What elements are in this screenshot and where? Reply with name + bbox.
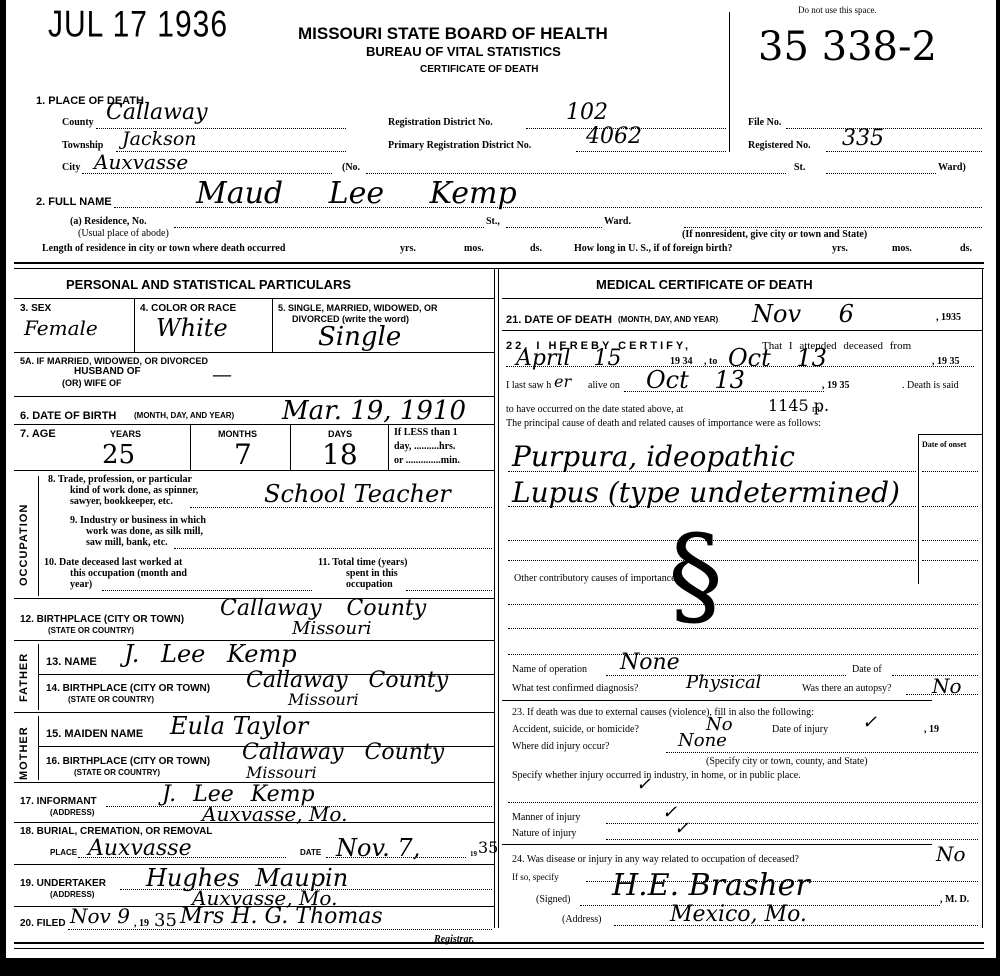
- specify-location-value: ✓: [636, 774, 651, 795]
- dod-label: 21. DATE OF DEATH: [506, 314, 612, 326]
- street-no-label: (No.: [342, 162, 360, 173]
- operation-date-label: Date of: [852, 664, 882, 675]
- filed-year-value: 35: [154, 910, 177, 931]
- residence-st-label: St.,: [486, 216, 500, 227]
- burial-year-value: 35: [478, 838, 498, 857]
- birthplace-state-value: Missouri: [292, 618, 371, 639]
- full-name-label: 2. FULL NAME: [36, 196, 112, 208]
- accident-label: Accident, suicide, or homicide?: [512, 724, 639, 735]
- city-value: Auxvasse: [94, 150, 188, 174]
- nonresident-note: (If nonresident, give city or town and S…: [682, 229, 867, 240]
- hrs-label: day, ..........hrs.: [394, 441, 455, 452]
- years-label: YEARS: [110, 429, 141, 439]
- header-subtitle: BUREAU OF VITAL STATISTICS: [366, 44, 561, 59]
- father-birthplace-sub: (STATE OR COUNTRY): [68, 695, 154, 704]
- where-injury-value: None: [678, 730, 727, 751]
- attended-to-year: , 19 35: [932, 356, 960, 367]
- death-said-label: . Death is said: [902, 380, 959, 391]
- last-worked-label-2: this occupation (month and: [70, 568, 187, 579]
- dod-year: , 1935: [936, 312, 961, 323]
- if-so-specify-label: If so, specify: [512, 872, 559, 882]
- undertaker-sub: (ADDRESS): [50, 890, 94, 899]
- occupation-side-label: OCCUPATION: [18, 504, 30, 586]
- residence-label: (a) Residence, No.: [70, 216, 147, 227]
- burial-place-label: PLACE: [50, 848, 77, 857]
- race-value: White: [156, 314, 228, 342]
- nature-value: ✓: [674, 818, 689, 839]
- burial-date-label: DATE: [300, 848, 321, 857]
- mother-birthplace-label: 16. BIRTHPLACE (CITY OR TOWN): [46, 756, 210, 767]
- where-injury-label: Where did injury occur?: [512, 741, 609, 752]
- other-causes-label: Other contributory causes of importance:: [514, 573, 678, 584]
- principal-cause-label: The principal cause of death and related…: [506, 418, 821, 429]
- county-label: County: [62, 117, 94, 128]
- filed-label: 20. FILED: [20, 918, 66, 929]
- maiden-name-value: Eula Taylor: [170, 712, 308, 740]
- spouse-label-1: 5A. IF MARRIED, WIDOWED, OR DIVORCED: [20, 356, 208, 366]
- dod-sub: (MONTH, DAY, AND YEAR): [618, 315, 718, 324]
- spouse-value: —: [212, 362, 232, 386]
- reg-district-label: Registration District No.: [388, 117, 493, 128]
- sex-value: Female: [24, 316, 98, 340]
- months-value: 7: [234, 438, 252, 471]
- occupation-related-label: 24. Was disease or injury in any way rel…: [512, 854, 799, 865]
- trade-label-3: sawyer, bookkeeper, etc.: [70, 496, 173, 507]
- attended-from-value: April 15: [516, 346, 622, 371]
- registered-no-label: Registered No.: [748, 140, 811, 151]
- test-label: What test confirmed diagnosis?: [512, 683, 638, 694]
- full-name-value: Maud Lee Kemp: [196, 176, 517, 211]
- residence-ward-label: Ward.: [604, 216, 631, 227]
- primary-reg-value: 4062: [586, 124, 642, 149]
- mother-birthplace-sub: (STATE OR COUNTRY): [74, 768, 160, 777]
- spouse-label-3: (OR) WIFE OF: [62, 378, 122, 388]
- dob-label: 6. DATE OF BIRTH: [20, 410, 116, 422]
- trade-value: School Teacher: [264, 480, 451, 508]
- mother-birthplace-city-value: Callaway County: [242, 740, 444, 765]
- burial-year-prefix: 19: [470, 850, 477, 858]
- office-box-divider: [729, 12, 730, 152]
- street-label: St.: [794, 162, 805, 173]
- total-time-label-2: spent in this: [346, 568, 398, 579]
- yrs-label: yrs.: [400, 243, 416, 254]
- mos-label-2: mos.: [892, 243, 912, 254]
- dod-value: Nov 6: [752, 300, 854, 328]
- undertaker-label: 19. UNDERTAKER: [20, 878, 106, 889]
- less-than-day-label: If LESS than 1: [394, 427, 458, 438]
- last-saw-pronoun: er: [554, 372, 571, 391]
- autopsy-value: No: [932, 674, 962, 698]
- occupation-related-value: No: [936, 842, 966, 866]
- county-value: Callaway: [106, 100, 208, 125]
- physician-address-value: Mexico, Mo.: [670, 902, 807, 927]
- father-name-value: J. Lee Kemp: [124, 640, 297, 668]
- last-saw-date-value: Oct 13: [646, 366, 745, 394]
- city-label: City: [62, 162, 80, 173]
- header-form-name: CERTIFICATE OF DEATH: [420, 64, 539, 75]
- ward-label: Ward): [938, 162, 966, 173]
- external-causes-label: 23. If death was due to external causes …: [512, 707, 814, 718]
- burial-place-value: Auxvasse: [88, 836, 192, 861]
- manner-label: Manner of injury: [512, 812, 580, 823]
- operation-value: None: [620, 650, 680, 675]
- medical-section-title: MEDICAL CERTIFICATE OF DEATH: [596, 277, 813, 292]
- trade-label-1: 8. Trade, profession, or particular: [48, 474, 192, 485]
- cause-2-value: Lupus (type undetermined): [512, 476, 900, 509]
- operation-label: Name of operation: [512, 664, 587, 675]
- date-injury-year: , 19: [924, 724, 939, 735]
- father-name-label: 13. NAME: [46, 656, 97, 668]
- nature-label: Nature of injury: [512, 828, 576, 839]
- received-stamp-date: JUL 17 1936: [48, 4, 228, 47]
- signed-label: (Signed): [536, 894, 570, 905]
- spouse-label-2: HUSBAND OF: [74, 366, 141, 377]
- total-time-label-1: 11. Total time (years): [318, 557, 407, 568]
- last-worked-label-3: year): [70, 579, 92, 590]
- date-injury-label: Date of injury: [772, 724, 828, 735]
- personal-section-title: PERSONAL AND STATISTICAL PARTICULARS: [66, 277, 351, 292]
- last-saw-year: , 19 35: [822, 380, 850, 391]
- registered-no-value: 335: [842, 126, 884, 151]
- foreign-birth-label: How long in U. S., if of foreign birth?: [574, 243, 732, 254]
- race-label: 4. COLOR OR RACE: [140, 303, 236, 314]
- father-birthplace-state-value: Missouri: [288, 690, 359, 709]
- death-certificate: JUL 17 1936 MISSOURI STATE BOARD OF HEAL…: [6, 0, 996, 958]
- ds-label-2: ds.: [960, 243, 972, 254]
- cause-1-value: Purpura, ideopathic: [512, 440, 795, 473]
- industry-label-2: work was done, as silk mill,: [86, 526, 203, 537]
- maiden-name-label: 15. MAIDEN NAME: [46, 728, 143, 740]
- where-injury-note: (Specify city or town, county, and State…: [706, 756, 868, 767]
- office-number: 35 338-2: [758, 24, 937, 70]
- test-value: Physical: [686, 672, 761, 693]
- birthplace-label: 12. BIRTHPLACE (CITY OR TOWN): [20, 614, 184, 625]
- informant-label: 17. INFORMANT: [20, 796, 97, 807]
- burial-date-value: Nov. 7,: [336, 834, 420, 862]
- last-saw-label: I last saw h: [506, 380, 551, 391]
- filed-date-value: Nov 9: [70, 904, 130, 928]
- last-worked-label-1: 10. Date deceased last worked at: [44, 557, 182, 568]
- primary-reg-label: Primary Registration District No.: [388, 140, 531, 151]
- dob-sub: (MONTH, DAY, AND YEAR): [134, 411, 234, 420]
- yrs-label-2: yrs.: [832, 243, 848, 254]
- filed-year-prefix: , 19: [134, 918, 149, 929]
- total-time-label-3: occupation: [346, 579, 393, 590]
- industry-label-3: saw mill, bank, etc.: [86, 537, 168, 548]
- md-label: , M. D.: [940, 894, 969, 905]
- township-value: Jackson: [122, 128, 197, 150]
- marital-value: Single: [318, 322, 401, 352]
- marital-label-1: 5. SINGLE, MARRIED, WIDOWED, OR: [278, 303, 438, 313]
- date-of-onset-label: Date of onset: [922, 440, 966, 449]
- mos-label: mos.: [464, 243, 484, 254]
- length-of-residence-label: Length of residence in city or town wher…: [42, 243, 285, 254]
- autopsy-label: Was there an autopsy?: [802, 683, 891, 694]
- reg-district-value: 102: [566, 100, 608, 125]
- ink-scribble-mark: §: [668, 520, 723, 630]
- time-suffix: m.: [812, 404, 822, 415]
- industry-label-1: 9. Industry or business in which: [70, 515, 206, 526]
- specify-location-label: Specify whether injury occurred in indus…: [512, 770, 801, 781]
- sex-label: 3. SEX: [20, 303, 51, 314]
- occurred-label: to have occurred on the date stated abov…: [506, 404, 683, 415]
- informant-sub: (ADDRESS): [50, 808, 94, 817]
- mother-birthplace-state-value: Missouri: [246, 763, 317, 782]
- father-birthplace-label: 14. BIRTHPLACE (CITY OR TOWN): [46, 683, 210, 694]
- office-note: Do not use this space.: [798, 5, 877, 15]
- mother-side-label: MOTHER: [18, 726, 30, 780]
- registrar-signature: Mrs H. G. Thomas: [180, 904, 383, 929]
- alive-on-label: alive on: [588, 380, 620, 391]
- age-label: 7. AGE: [20, 428, 56, 440]
- dob-value: Mar. 19, 1910: [282, 396, 466, 426]
- header-title: MISSOURI STATE BOARD OF HEALTH: [298, 24, 608, 44]
- father-side-label: FATHER: [18, 653, 30, 702]
- residence-note: (Usual place of abode): [78, 228, 169, 239]
- file-no-label: File No.: [748, 117, 781, 128]
- ds-label: ds.: [530, 243, 542, 254]
- min-label: or ..............min.: [394, 455, 460, 466]
- trade-label-2: kind of work done, as spinner,: [70, 485, 198, 496]
- physician-signature: H.E. Brasher: [612, 868, 810, 903]
- years-value: 25: [102, 440, 135, 470]
- days-value: 18: [322, 438, 358, 471]
- birthplace-sub: (STATE OR COUNTRY): [48, 626, 134, 635]
- physician-address-label: (Address): [562, 914, 601, 925]
- date-injury-value: ✓: [862, 712, 877, 733]
